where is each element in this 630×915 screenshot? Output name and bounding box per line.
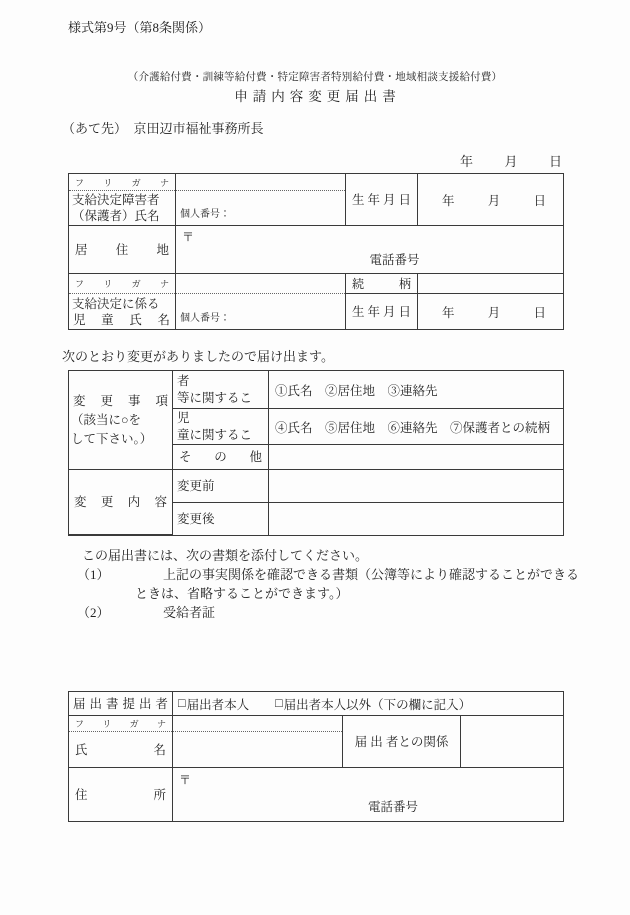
furigana-label: フリガナ xyxy=(69,274,175,294)
note-item-2: （2） 受給者証 xyxy=(77,602,215,621)
personal-number-label: 個人番号： xyxy=(176,294,345,329)
options-grantee: ①氏名 ②居住地 ③連絡先 xyxy=(269,371,563,409)
before-label: 変更前 xyxy=(173,470,269,503)
options-other-input xyxy=(269,445,563,470)
address-label: 住所 xyxy=(69,787,172,803)
before-input xyxy=(269,470,563,503)
postal-mark-icon: 〒 xyxy=(182,228,194,245)
child-name-label: 支給決定に係る 児童氏名 xyxy=(69,294,175,329)
submitter-name-input-cell xyxy=(173,716,343,768)
child-name-label-cell: フリガナ 支給決定に係る 児童氏名 xyxy=(69,274,176,329)
submitter-header-cell: 届出書提出者 xyxy=(69,692,173,716)
submitter-address-input-cell: 〒 電話番号 xyxy=(173,768,563,821)
relation-input xyxy=(418,274,563,294)
date-line: 年月日 xyxy=(460,151,562,170)
residence-label-cell: 居住地 xyxy=(69,226,176,274)
relation-birthdate-label-cell: 続柄 生年月日 xyxy=(346,274,418,329)
birthdate-label-cell: 生年月日 xyxy=(346,174,418,226)
furigana-label: フリガナ xyxy=(69,716,172,732)
after-input xyxy=(269,503,563,535)
change-lead-sentence: 次のとおり変更がありましたので届け出ます。 xyxy=(62,346,334,365)
residence-label: 居住地 xyxy=(69,242,175,258)
child-name-input-cell: 個人番号： xyxy=(176,274,346,329)
postal-mark-icon: 〒 xyxy=(179,771,191,788)
note-item-1: （1） 上記の事実関係を確認できる書類（公簿等により確認することができる xyxy=(77,564,579,583)
submitter-header-label: 届出書提出者 xyxy=(69,696,172,712)
change-table: 変更事項 （該当に○を して下さい。） 支給決定障害者 等に関すること ①氏名 … xyxy=(68,370,564,536)
addressee: （あて先） 京田辺市福祉事務所長 xyxy=(62,118,264,137)
note-item-2-text: 受給者証 xyxy=(163,602,215,621)
submitter-furigana-input xyxy=(173,716,342,732)
grantee-name-input-cell: 個人番号： xyxy=(176,174,346,226)
after-label: 変更後 xyxy=(173,503,269,535)
submitter-name-label-cell: フリガナ 氏名 xyxy=(69,716,173,768)
category-grantee-label: 支給決定障害者 等に関すること xyxy=(173,371,269,409)
category-child-label: 利用者である児 童に関すること xyxy=(173,409,269,445)
note-item-1-number: （1） xyxy=(77,564,163,583)
grantee-birthdate-ymd: 年月日 xyxy=(418,191,563,209)
form-page: 様式第9号（第8条関係） （介護給付費・訓練等給付費・特定障害者特別給付費・地域… xyxy=(0,0,630,915)
category-other-label: その他 xyxy=(173,445,269,470)
child-relation-birthdate-cell: 年月日 xyxy=(418,274,563,329)
phone-label: 電話番号 xyxy=(370,250,420,268)
relation-to-submitter-label: 届 出 者との関係 xyxy=(343,716,461,768)
checkbox-icon: □ xyxy=(275,696,283,711)
furigana-label: フリガナ xyxy=(69,174,175,191)
program-note: （介護給付費・訓練等給付費・特定障害者特別給付費・地域相談支援給付費） xyxy=(0,69,630,84)
checkbox-icon: □ xyxy=(178,696,186,711)
grantee-name-label: 支給決定障害者 （保護者）氏名 xyxy=(69,191,175,225)
personal-number-label: 個人番号： xyxy=(176,191,345,225)
relation-to-submitter-input xyxy=(461,716,563,768)
birthdate-label: 生年月日 xyxy=(346,192,417,208)
options-child: ④氏名 ⑤居住地 ⑥連絡先 ⑦保護者との続柄 xyxy=(269,409,563,445)
birthdate-label: 生年月日 xyxy=(346,294,417,329)
name-label: 氏名 xyxy=(69,732,172,767)
note-item-2-number: （2） xyxy=(77,602,163,621)
checkbox-self-label: 届出者本人 xyxy=(187,695,250,713)
submitter-name-input xyxy=(173,732,342,767)
submitter-type-cell: □ 届出者本人 □ 届出者本人以外（下の欄に記入） xyxy=(173,692,563,716)
child-birthdate-input: 年月日 xyxy=(418,294,563,329)
submitter-table: 届出書提出者 □ 届出者本人 □ 届出者本人以外（下の欄に記入） フリガナ 氏名… xyxy=(68,691,564,822)
checkbox-other-label: 届出者本人以外（下の欄に記入） xyxy=(284,695,472,713)
recipient-info-table: フリガナ 支給決定障害者 （保護者）氏名 個人番号： 生年月日 年月日 居住地 … xyxy=(68,173,564,330)
change-items-header: 変更事項 （該当に○を して下さい。） xyxy=(69,371,173,470)
phone-label: 電話番号 xyxy=(368,797,418,815)
relation-label: 続柄 xyxy=(346,274,417,294)
page-title: 申請内容変更届出書 xyxy=(0,85,630,105)
grantee-birthdate-input-cell: 年月日 xyxy=(418,174,563,226)
form-number: 様式第9号（第8条関係） xyxy=(68,17,211,36)
residence-input-cell: 〒 電話番号 xyxy=(176,226,563,274)
submitter-address-label-cell: 住所 xyxy=(69,768,173,821)
checkbox-submitter-other: □ 届出者本人以外（下の欄に記入） xyxy=(275,695,471,713)
note-item-1-continued: ときは、省略することができます。） xyxy=(135,583,348,602)
checkbox-submitter-self: □ 届出者本人 xyxy=(178,695,249,713)
notes-intro: この届出書には、次の書類を添付してください。 xyxy=(82,545,368,564)
grantee-name-label-cell: フリガナ 支給決定障害者 （保護者）氏名 xyxy=(69,174,176,226)
grantee-furigana-input xyxy=(176,174,345,191)
child-furigana-input xyxy=(176,274,345,294)
change-content-header: 変更内容 xyxy=(69,470,173,535)
note-item-1-text: 上記の事実関係を確認できる書類（公簿等により確認することができる xyxy=(163,564,579,583)
